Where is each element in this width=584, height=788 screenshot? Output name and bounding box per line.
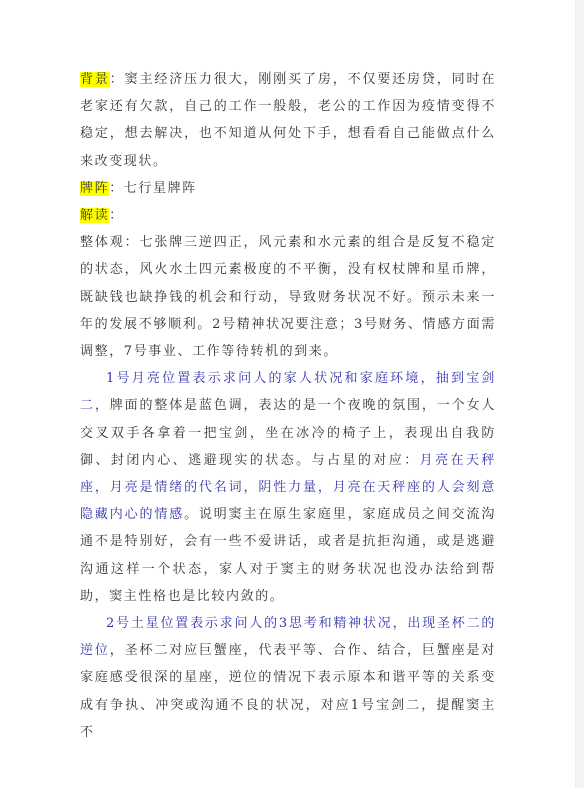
reading-colon: ： <box>109 208 124 223</box>
overview-paragraph: 整体观：七张牌三逆四正，风元素和水元素的组合是反复不稳定的状态，风火水土四元素极… <box>80 229 496 365</box>
scrollbar-track[interactable] <box>575 0 584 788</box>
background-text: ：窦主经济压力很大，刚刚买了房，不仅要还房贷，同时在老家还有欠款，自己的工作一般… <box>80 72 496 169</box>
position2-text: ，圣杯二对应巨蟹座，代表平等、合作、结合，巨蟹座是对家庭感受很深的星座，逆位的情… <box>80 643 496 740</box>
background-label: 背景 <box>80 72 110 87</box>
document-page: 背景：窦主经济压力很大，刚刚买了房，不仅要还房贷，同时在老家还有欠款，自己的工作… <box>0 0 576 788</box>
document-body: 背景：窦主经济压力很大，刚刚买了房，不仅要还房贷，同时在老家还有欠款，自己的工作… <box>80 66 496 746</box>
spread-paragraph: 牌阵：七行星牌阵 <box>80 175 496 202</box>
reading-heading: 解读： <box>80 202 496 229</box>
background-paragraph: 背景：窦主经济压力很大，刚刚买了房，不仅要还房贷，同时在老家还有欠款，自己的工作… <box>80 66 496 175</box>
spread-label: 牌阵 <box>80 181 109 196</box>
spread-text: ：七行星牌阵 <box>109 181 197 196</box>
position2-paragraph: 2号土星位置表示求问人的3思考和精神状况，出现圣杯二的逆位，圣杯二对应巨蟹座，代… <box>80 610 496 746</box>
reading-label: 解读 <box>80 208 109 223</box>
position1-paragraph: 1号月亮位置表示求问人的家人状况和家庭环境，抽到宝剑二，牌面的整体是蓝色调，表达… <box>80 365 496 610</box>
